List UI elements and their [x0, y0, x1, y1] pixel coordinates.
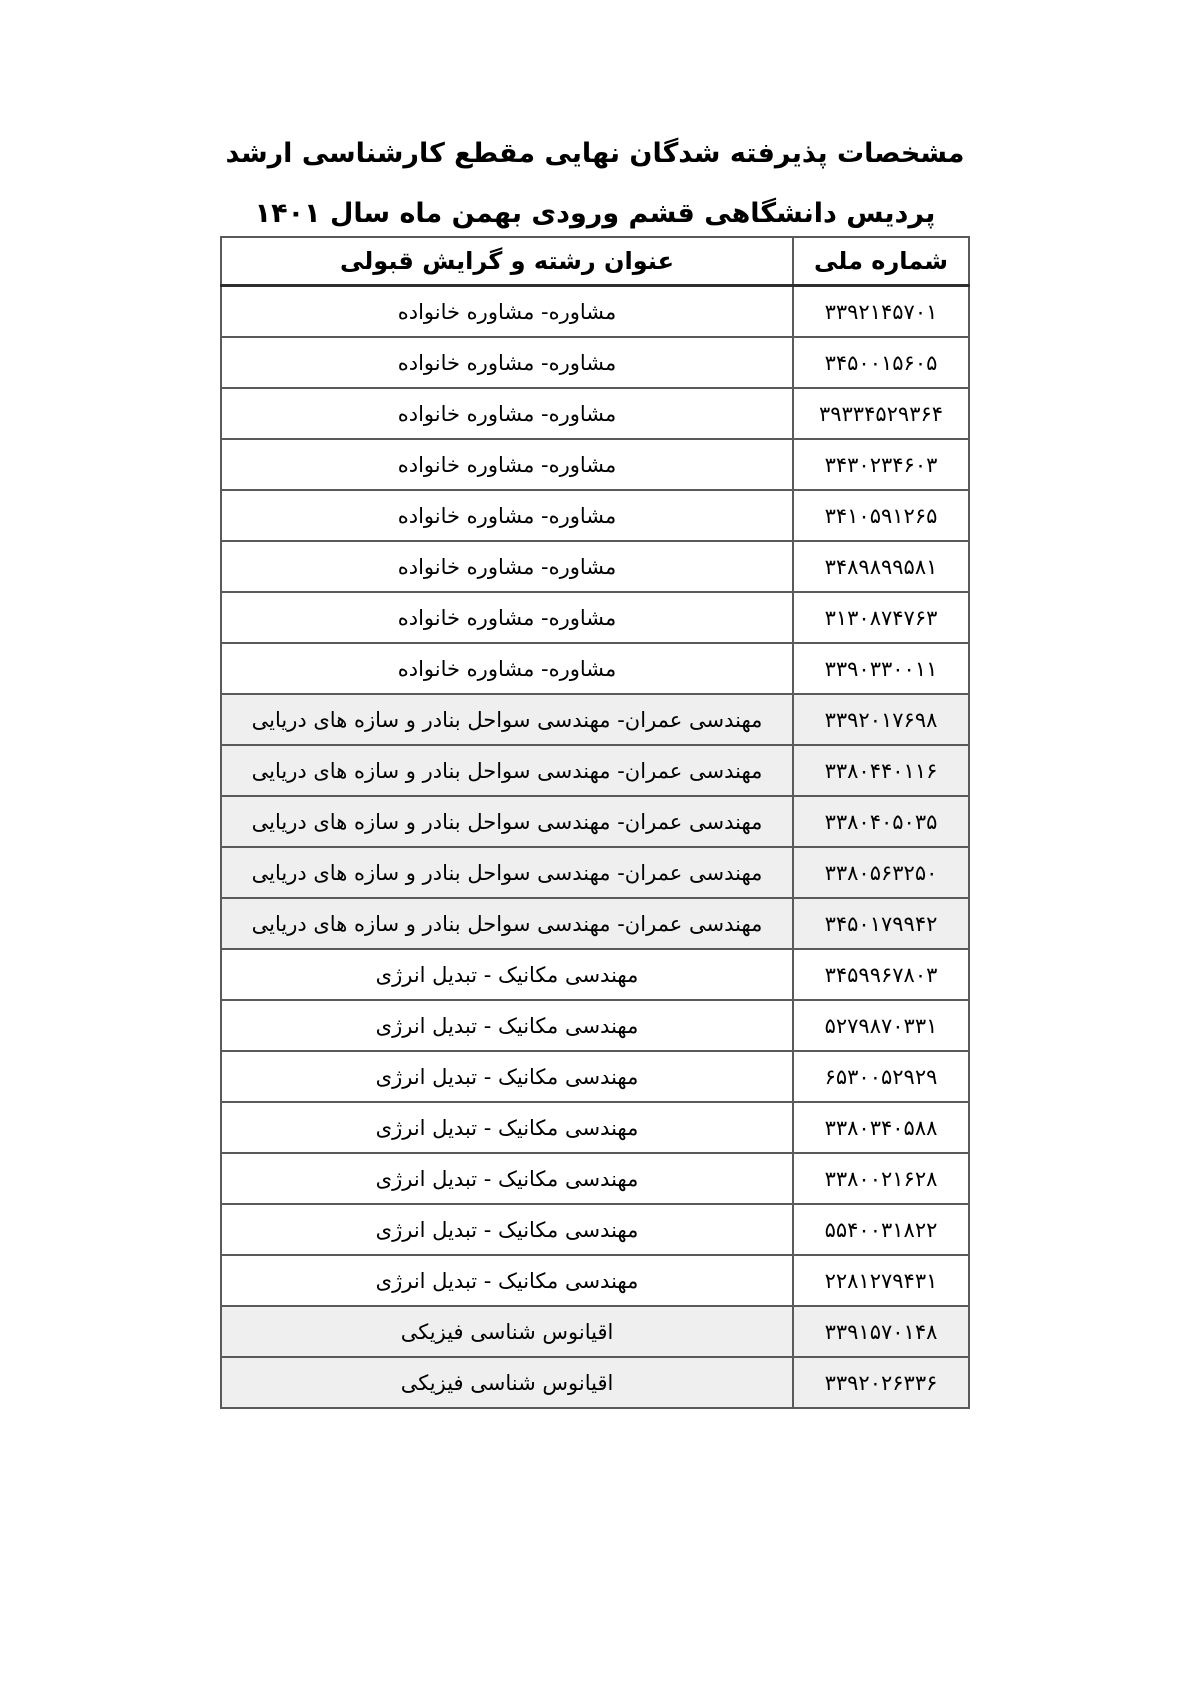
field-title-cell: مهندسی مکانیک - تبدیل انرژی [221, 1204, 793, 1255]
field-title-cell: مهندسی عمران- مهندسی سواحل بنادر و سازه … [221, 745, 793, 796]
table-row: ۳۹۳۳۴۵۲۹۳۶۴مشاوره- مشاوره خانواده [221, 388, 969, 439]
field-title-cell: مهندسی مکانیک - تبدیل انرژی [221, 1000, 793, 1051]
table-row: ۳۳۸۰۰۲۱۶۲۸مهندسی مکانیک - تبدیل انرژی [221, 1153, 969, 1204]
national-id-cell: ۳۳۹۰۳۳۰۰۱۱ [793, 643, 969, 694]
admissions-table-body: ۳۳۹۲۱۴۵۷۰۱مشاوره- مشاوره خانواده۳۴۵۰۰۱۵۶… [221, 286, 969, 1409]
table-row: ۳۳۸۰۵۶۳۲۵۰مهندسی عمران- مهندسی سواحل بنا… [221, 847, 969, 898]
doc-title-line2: پردیس دانشگاهی قشم ورودی بهمن ماه سال ۱۴… [0, 196, 1190, 232]
national-id-cell: ۳۳۸۰۴۰۵۰۳۵ [793, 796, 969, 847]
field-title-cell: مشاوره- مشاوره خانواده [221, 592, 793, 643]
field-title-cell: مهندسی مکانیک - تبدیل انرژی [221, 1255, 793, 1306]
table-row: ۳۴۱۰۵۹۱۲۶۵مشاوره- مشاوره خانواده [221, 490, 969, 541]
national-id-cell: ۵۲۷۹۸۷۰۳۳۱ [793, 1000, 969, 1051]
field-title-cell: مهندسی عمران- مهندسی سواحل بنادر و سازه … [221, 847, 793, 898]
admissions-table: شماره ملی عنوان رشته و گرایش قبولی ۳۳۹۲۱… [220, 236, 970, 1409]
table-row: ۵۵۴۰۰۳۱۸۲۲مهندسی مکانیک - تبدیل انرژی [221, 1204, 969, 1255]
header-row: شماره ملی عنوان رشته و گرایش قبولی [221, 237, 969, 286]
table-row: ۳۳۸۰۳۴۰۵۸۸مهندسی مکانیک - تبدیل انرژی [221, 1102, 969, 1153]
national-id-cell: ۳۳۸۰۴۴۰۱۱۶ [793, 745, 969, 796]
field-title-cell: مهندسی عمران- مهندسی سواحل بنادر و سازه … [221, 898, 793, 949]
table-row: ۳۴۵۹۹۶۷۸۰۳مهندسی مکانیک - تبدیل انرژی [221, 949, 969, 1000]
national-id-cell: ۳۳۸۰۵۶۳۲۵۰ [793, 847, 969, 898]
field-title-cell: مشاوره- مشاوره خانواده [221, 439, 793, 490]
table-row: ۳۳۹۲۰۱۷۶۹۸مهندسی عمران- مهندسی سواحل بنا… [221, 694, 969, 745]
field-title-cell: مهندسی مکانیک - تبدیل انرژی [221, 1102, 793, 1153]
national-id-cell: ۳۳۹۲۰۱۷۶۹۸ [793, 694, 969, 745]
field-title-cell: مشاوره- مشاوره خانواده [221, 643, 793, 694]
national-id-cell: ۲۲۸۱۲۷۹۴۳۱ [793, 1255, 969, 1306]
field-title-cell: مشاوره- مشاوره خانواده [221, 337, 793, 388]
table-row: ۳۱۳۰۸۷۴۷۶۳مشاوره- مشاوره خانواده [221, 592, 969, 643]
table-row: ۵۲۷۹۸۷۰۳۳۱مهندسی مکانیک - تبدیل انرژی [221, 1000, 969, 1051]
table-row: ۳۴۳۰۲۳۴۶۰۳مشاوره- مشاوره خانواده [221, 439, 969, 490]
national-id-cell: ۳۴۸۹۸۹۹۵۸۱ [793, 541, 969, 592]
table-row: ۳۳۹۰۳۳۰۰۱۱مشاوره- مشاوره خانواده [221, 643, 969, 694]
national-id-cell: ۳۴۱۰۵۹۱۲۶۵ [793, 490, 969, 541]
national-id-cell: ۳۴۵۰۰۱۵۶۰۵ [793, 337, 969, 388]
national-id-cell: ۳۱۳۰۸۷۴۷۶۳ [793, 592, 969, 643]
table-row: ۳۴۵۰۱۷۹۹۴۲مهندسی عمران- مهندسی سواحل بنا… [221, 898, 969, 949]
national-id-cell: ۳۴۳۰۲۳۴۶۰۳ [793, 439, 969, 490]
field-title-cell: مهندسی عمران- مهندسی سواحل بنادر و سازه … [221, 694, 793, 745]
header-field-title: عنوان رشته و گرایش قبولی [221, 237, 793, 286]
table-row: ۳۳۸۰۴۴۰۱۱۶مهندسی عمران- مهندسی سواحل بنا… [221, 745, 969, 796]
national-id-cell: ۳۹۳۳۴۵۲۹۳۶۴ [793, 388, 969, 439]
national-id-cell: ۳۳۹۱۵۷۰۱۴۸ [793, 1306, 969, 1357]
field-title-cell: مشاوره- مشاوره خانواده [221, 490, 793, 541]
national-id-cell: ۶۵۳۰۰۵۲۹۲۹ [793, 1051, 969, 1102]
field-title-cell: مهندسی مکانیک - تبدیل انرژی [221, 1051, 793, 1102]
table-row: ۲۲۸۱۲۷۹۴۳۱مهندسی مکانیک - تبدیل انرژی [221, 1255, 969, 1306]
document-page: مشخصات پذیرفته شدگان نهایی مقطع کارشناسی… [0, 0, 1190, 1683]
national-id-cell: ۳۴۵۰۱۷۹۹۴۲ [793, 898, 969, 949]
field-title-cell: مشاوره- مشاوره خانواده [221, 388, 793, 439]
table-row: ۳۳۹۱۵۷۰۱۴۸اقیانوس شناسی فیزیکی [221, 1306, 969, 1357]
national-id-cell: ۵۵۴۰۰۳۱۸۲۲ [793, 1204, 969, 1255]
header-national-id: شماره ملی [793, 237, 969, 286]
field-title-cell: مشاوره- مشاوره خانواده [221, 541, 793, 592]
table-row: ۳۳۹۲۰۲۶۳۳۶اقیانوس شناسی فیزیکی [221, 1357, 969, 1408]
doc-title-line1: مشخصات پذیرفته شدگان نهایی مقطع کارشناسی… [0, 136, 1190, 172]
national-id-cell: ۳۳۸۰۰۲۱۶۲۸ [793, 1153, 969, 1204]
table-row: ۳۴۸۹۸۹۹۵۸۱مشاوره- مشاوره خانواده [221, 541, 969, 592]
field-title-cell: مهندسی مکانیک - تبدیل انرژی [221, 1153, 793, 1204]
table-row: ۳۳۸۰۴۰۵۰۳۵مهندسی عمران- مهندسی سواحل بنا… [221, 796, 969, 847]
table-row: ۳۳۹۲۱۴۵۷۰۱مشاوره- مشاوره خانواده [221, 286, 969, 338]
field-title-cell: اقیانوس شناسی فیزیکی [221, 1357, 793, 1408]
national-id-cell: ۳۳۸۰۳۴۰۵۸۸ [793, 1102, 969, 1153]
field-title-cell: مشاوره- مشاوره خانواده [221, 286, 793, 338]
national-id-cell: ۳۳۹۲۱۴۵۷۰۱ [793, 286, 969, 338]
table-row: ۳۴۵۰۰۱۵۶۰۵مشاوره- مشاوره خانواده [221, 337, 969, 388]
national-id-cell: ۳۳۹۲۰۲۶۳۳۶ [793, 1357, 969, 1408]
field-title-cell: مهندسی مکانیک - تبدیل انرژی [221, 949, 793, 1000]
field-title-cell: اقیانوس شناسی فیزیکی [221, 1306, 793, 1357]
national-id-cell: ۳۴۵۹۹۶۷۸۰۳ [793, 949, 969, 1000]
field-title-cell: مهندسی عمران- مهندسی سواحل بنادر و سازه … [221, 796, 793, 847]
table-row: ۶۵۳۰۰۵۲۹۲۹مهندسی مکانیک - تبدیل انرژی [221, 1051, 969, 1102]
